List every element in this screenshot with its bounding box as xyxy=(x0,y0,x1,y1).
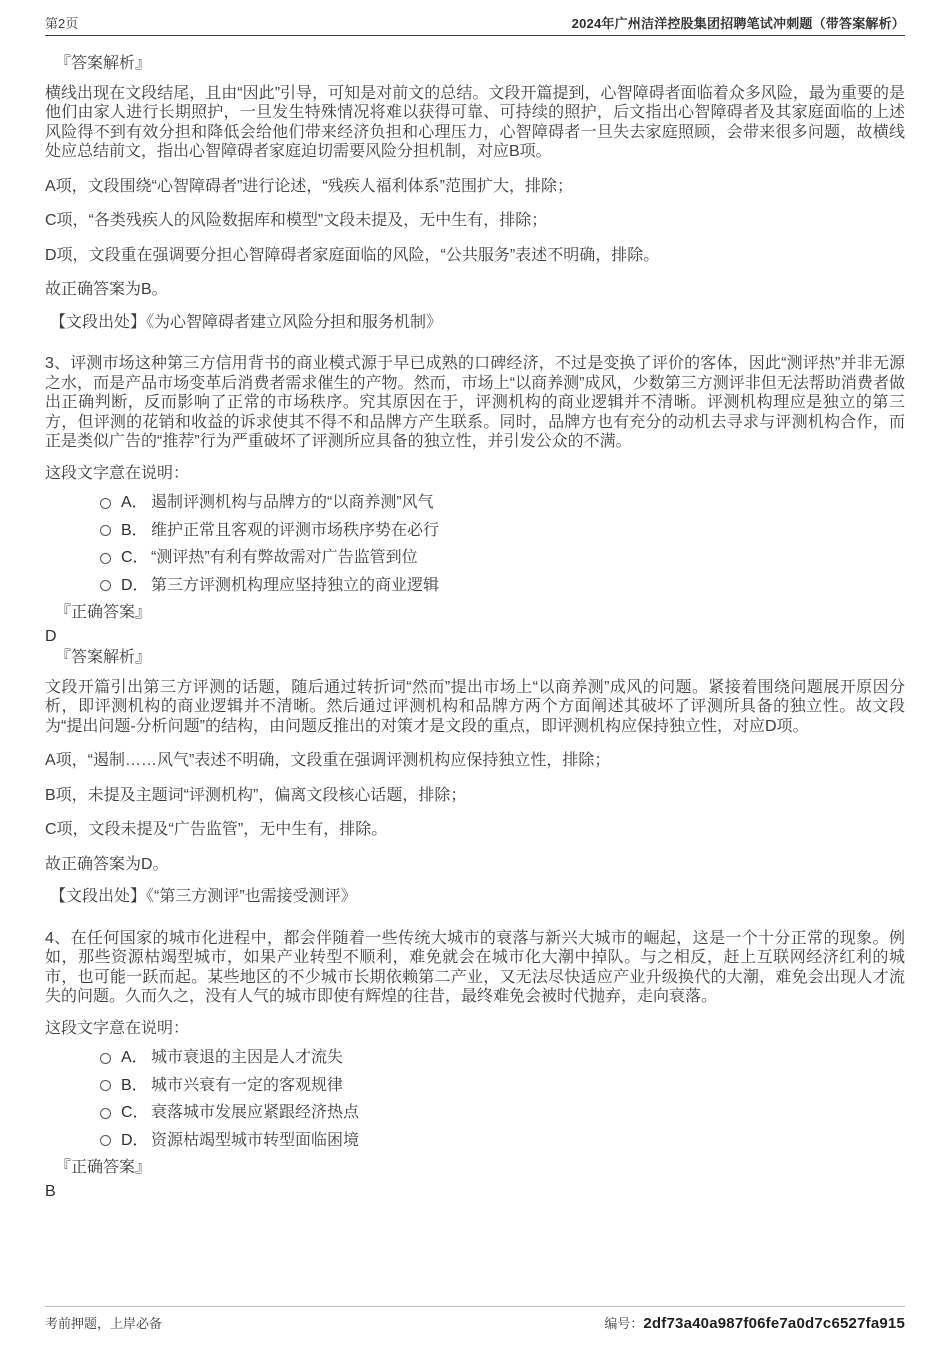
analysis-point-a: A项，“遏制……风气”表述不明确，文段重在强调评测机构应保持独立性，排除； xyxy=(45,751,905,771)
option-text: 遏制评测机构与品牌方的“以商养测”风气 xyxy=(151,493,434,513)
option-row-b[interactable]: B． 城市兴衰有一定的客观规律 xyxy=(45,1076,905,1096)
option-text: 衰落城市发展应紧跟经济热点 xyxy=(151,1103,359,1123)
correct-answer-value: D xyxy=(45,627,905,647)
footer-slogan: 考前押题，上岸必备 xyxy=(45,1313,162,1332)
option-text: 资源枯竭型城市转型面临困境 xyxy=(151,1131,359,1151)
document-code: 2df73a40a987f06fe7a0d7c6527fa915 xyxy=(643,1315,905,1332)
page-header: 第2页 2024年广州洁洋控股集团招聘笔试冲刺题（带答案解析） xyxy=(45,0,905,36)
analysis-conclusion: 故正确答案为B。 xyxy=(45,280,905,300)
option-letter: A． xyxy=(121,1048,151,1068)
radio-icon[interactable] xyxy=(100,1135,111,1146)
q2-analysis-section: 『答案解析』 横线出现在文段结尾，且由“因此”引导，可知是对前文的总结。文段开篇… xyxy=(45,54,905,332)
page-footer: 考前押题，上岸必备 编号：2df73a40a987f06fe7a0d7c6527… xyxy=(45,1306,905,1333)
option-text: “测评热”有利有弊故需对广告监管到位 xyxy=(151,548,418,568)
option-row-d[interactable]: D． 资源枯竭型城市转型面临困境 xyxy=(45,1131,905,1151)
code-label: 编号： xyxy=(604,1316,643,1331)
radio-icon[interactable] xyxy=(100,1108,111,1119)
passage-source: 【文段出处】《“第三方测评”也需接受测评》 xyxy=(45,887,905,907)
analysis-point-c: C项，“各类残疾人的风险数据库和模型”文段未提及，无中生有，排除； xyxy=(45,211,905,231)
question-4-prompt: 这段文字意在说明： xyxy=(45,1019,905,1039)
radio-icon[interactable] xyxy=(100,580,111,591)
question-4-section: 4、在任何国家的城市化进程中，都会伴随着一些传统大城市的衰落与新兴大城市的崛起，… xyxy=(45,929,905,1202)
option-letter: D． xyxy=(121,576,151,596)
option-letter: D． xyxy=(121,1131,151,1151)
option-row-d[interactable]: D． 第三方评测机构理应坚持独立的商业逻辑 xyxy=(45,576,905,596)
correct-answer-heading: 『正确答案』 xyxy=(45,603,905,623)
question-3-stem: 3、评测市场这种第三方信用背书的商业模式源于早已成熟的口碑经济，不过是变换了评价… xyxy=(45,354,905,452)
option-row-b[interactable]: B． 维护正常且客观的评测市场秩序势在必行 xyxy=(45,521,905,541)
page-body: 『答案解析』 横线出现在文段结尾，且由“因此”引导，可知是对前文的总结。文段开篇… xyxy=(45,54,905,1201)
radio-icon[interactable] xyxy=(100,525,111,536)
question-4-options: A． 城市衰退的主因是人才流失 B． 城市兴衰有一定的客观规律 C． 衰落城市发… xyxy=(45,1048,905,1150)
correct-answer-heading: 『正确答案』 xyxy=(45,1158,905,1178)
page-number: 第2页 xyxy=(45,13,78,32)
option-letter: B． xyxy=(121,521,151,541)
analysis-paragraph: 文段开篇引出第三方评测的话题，随后通过转折词“然而”提出市场上“以商养测”成风的… xyxy=(45,678,905,737)
correct-answer-value: B xyxy=(45,1182,905,1202)
document-title: 2024年广州洁洋控股集团招聘笔试冲刺题（带答案解析） xyxy=(572,13,905,32)
passage-source: 【文段出处】《为心智障碍者建立风险分担和服务机制》 xyxy=(45,313,905,333)
option-text: 第三方评测机构理应坚持独立的商业逻辑 xyxy=(151,576,439,596)
analysis-point-b: B项，未提及主题词“评测机构”，偏离文段核心话题，排除； xyxy=(45,786,905,806)
question-3-prompt: 这段文字意在说明： xyxy=(45,464,905,484)
analysis-conclusion: 故正确答案为D。 xyxy=(45,855,905,875)
document-page: 第2页 2024年广州洁洋控股集团招聘笔试冲刺题（带答案解析） 『答案解析』 横… xyxy=(0,0,950,1345)
radio-icon[interactable] xyxy=(100,553,111,564)
option-row-a[interactable]: A． 遏制评测机构与品牌方的“以商养测”风气 xyxy=(45,493,905,513)
option-text: 城市衰退的主因是人才流失 xyxy=(151,1048,343,1068)
option-letter: C． xyxy=(121,1103,151,1123)
question-3-section: 3、评测市场这种第三方信用背书的商业模式源于早已成熟的口碑经济，不过是变换了评价… xyxy=(45,354,905,907)
radio-icon[interactable] xyxy=(100,1053,111,1064)
option-letter: B． xyxy=(121,1076,151,1096)
document-code-group: 编号：2df73a40a987f06fe7a0d7c6527fa915 xyxy=(604,1313,905,1333)
question-3-options: A． 遏制评测机构与品牌方的“以商养测”风气 B． 维护正常且客观的评测市场秩序… xyxy=(45,493,905,595)
question-4-stem: 4、在任何国家的城市化进程中，都会伴随着一些传统大城市的衰落与新兴大城市的崛起，… xyxy=(45,929,905,1007)
analysis-point-a: A项，文段围绕“心智障碍者”进行论述，“残疾人福利体系”范围扩大，排除； xyxy=(45,177,905,197)
option-text: 城市兴衰有一定的客观规律 xyxy=(151,1076,343,1096)
option-row-c[interactable]: C． “测评热”有利有弊故需对广告监管到位 xyxy=(45,548,905,568)
option-text: 维护正常且客观的评测市场秩序势在必行 xyxy=(151,521,439,541)
analysis-heading: 『答案解析』 xyxy=(45,648,905,668)
option-row-c[interactable]: C． 衰落城市发展应紧跟经济热点 xyxy=(45,1103,905,1123)
analysis-point-d: D项，文段重在强调要分担心智障碍者家庭面临的风险，“公共服务”表述不明确，排除。 xyxy=(45,246,905,266)
analysis-heading: 『答案解析』 xyxy=(45,54,905,74)
analysis-point-c: C项，文段未提及“广告监管”，无中生有，排除。 xyxy=(45,820,905,840)
option-row-a[interactable]: A． 城市衰退的主因是人才流失 xyxy=(45,1048,905,1068)
radio-icon[interactable] xyxy=(100,1080,111,1091)
analysis-paragraph: 横线出现在文段结尾，且由“因此”引导，可知是对前文的总结。文段开篇提到，心智障碍… xyxy=(45,84,905,162)
option-letter: A． xyxy=(121,493,151,513)
option-letter: C． xyxy=(121,548,151,568)
radio-icon[interactable] xyxy=(100,498,111,509)
